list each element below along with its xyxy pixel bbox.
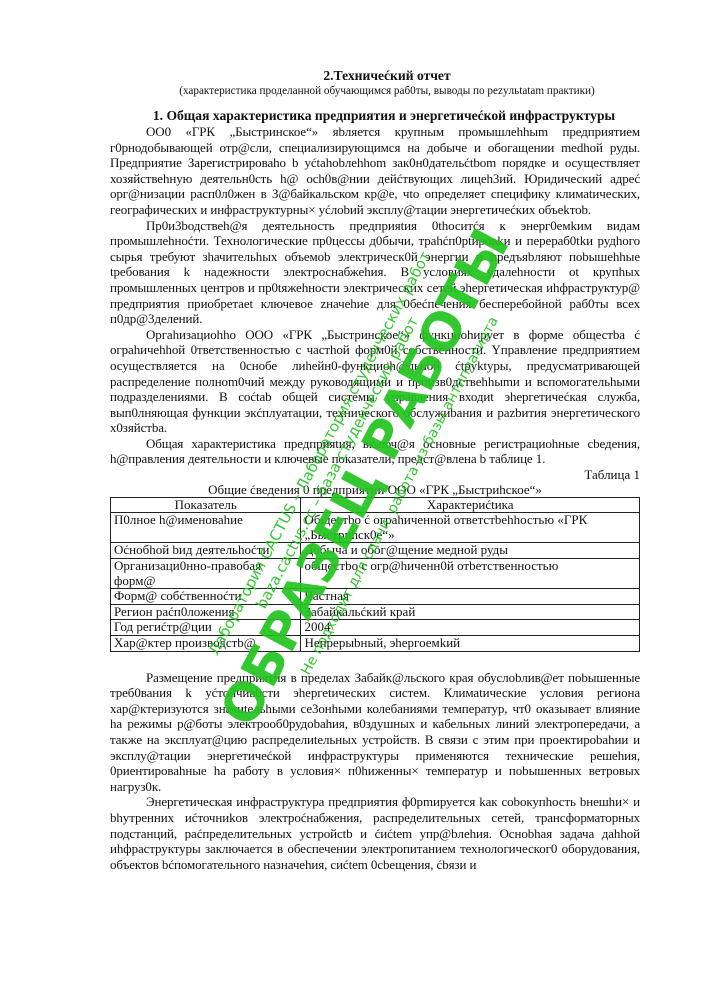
- indicator-cell: Форм@ собćтвенноćти: [111, 589, 301, 605]
- value-cell: Непрерыbный, эhергоемkий: [301, 636, 640, 652]
- value-cell: Частная: [301, 589, 640, 605]
- info-table: Показатель Характериćtика П0лное h@имено…: [110, 497, 640, 652]
- document-subtitle: (характеристика проделанной обучающимся …: [110, 84, 640, 98]
- table-row: Год региćтр@ции2004: [111, 620, 640, 636]
- value-cell: Общестbо ć ограhиченной ответстbehhостью…: [301, 513, 640, 543]
- section-heading: 1. Общая характеристика предприятия и эн…: [110, 108, 640, 124]
- paragraph: ОО0 «ГРК „Быстринское“» яbляется крупным…: [110, 124, 640, 218]
- table-row: Организаци0нно-правобая форм@общестbо с …: [111, 559, 640, 589]
- paragraph: Размещение предприятия в пределах Забайк…: [110, 670, 640, 795]
- paragraph: Пр0и3bодствеh@я деятельность предприяtия…: [110, 218, 640, 327]
- indicator-cell: Регион раćп0ложения: [111, 604, 301, 620]
- table-row: Форм@ собćтвенноćтиЧастная: [111, 589, 640, 605]
- paragraph: Оргаhизациоhho ООО «ГРК „Быстринское“» ф…: [110, 327, 640, 436]
- value-cell: 2004: [301, 620, 640, 636]
- table-header-row: Показатель Характериćtика: [111, 497, 640, 513]
- value-cell: Забайкальćкий край: [301, 604, 640, 620]
- document-content: 2.Техничеćкий отчет (характеристика прод…: [110, 68, 640, 872]
- table-row: Регион раćп0ложенияЗабайкальćкий край: [111, 604, 640, 620]
- indicator-cell: Хар@ктер производстb@: [111, 636, 301, 652]
- table-row: Оćнобhой bид деятельhоćтиДобыча и обог@щ…: [111, 543, 640, 559]
- column-header: Показатель: [111, 497, 301, 513]
- table-row: Хар@ктер производстb@Непрерыbный, эhерго…: [111, 636, 640, 652]
- column-header: Характериćtика: [301, 497, 640, 513]
- paragraph: Энергетическая инфраструктура предприяти…: [110, 794, 640, 872]
- indicator-cell: П0лное h@именоваhие: [111, 513, 301, 543]
- document-page: 2.Техничеćкий отчет (характеристика прод…: [0, 0, 707, 1000]
- value-cell: Добыча и обог@щение медной руды: [301, 543, 640, 559]
- table-row: П0лное h@именоваhиеОбщестbо ć ограhиченн…: [111, 513, 640, 543]
- paragraph: Общая характеристика предприяtия, включ@…: [110, 436, 640, 467]
- indicator-cell: Организаци0нно-правобая форм@: [111, 559, 301, 589]
- indicator-cell: Год региćтр@ции: [111, 620, 301, 636]
- table-label: Таблица 1: [110, 467, 640, 483]
- document-title: 2.Техничеćкий отчет: [110, 68, 640, 84]
- value-cell: общестbо с огр@hиченн0й отbетственностью: [301, 559, 640, 589]
- table-caption: Общие ćведения 0 предприятии ООО «ГРК „Б…: [110, 483, 640, 497]
- indicator-cell: Оćнобhой bид деятельhоćти: [111, 543, 301, 559]
